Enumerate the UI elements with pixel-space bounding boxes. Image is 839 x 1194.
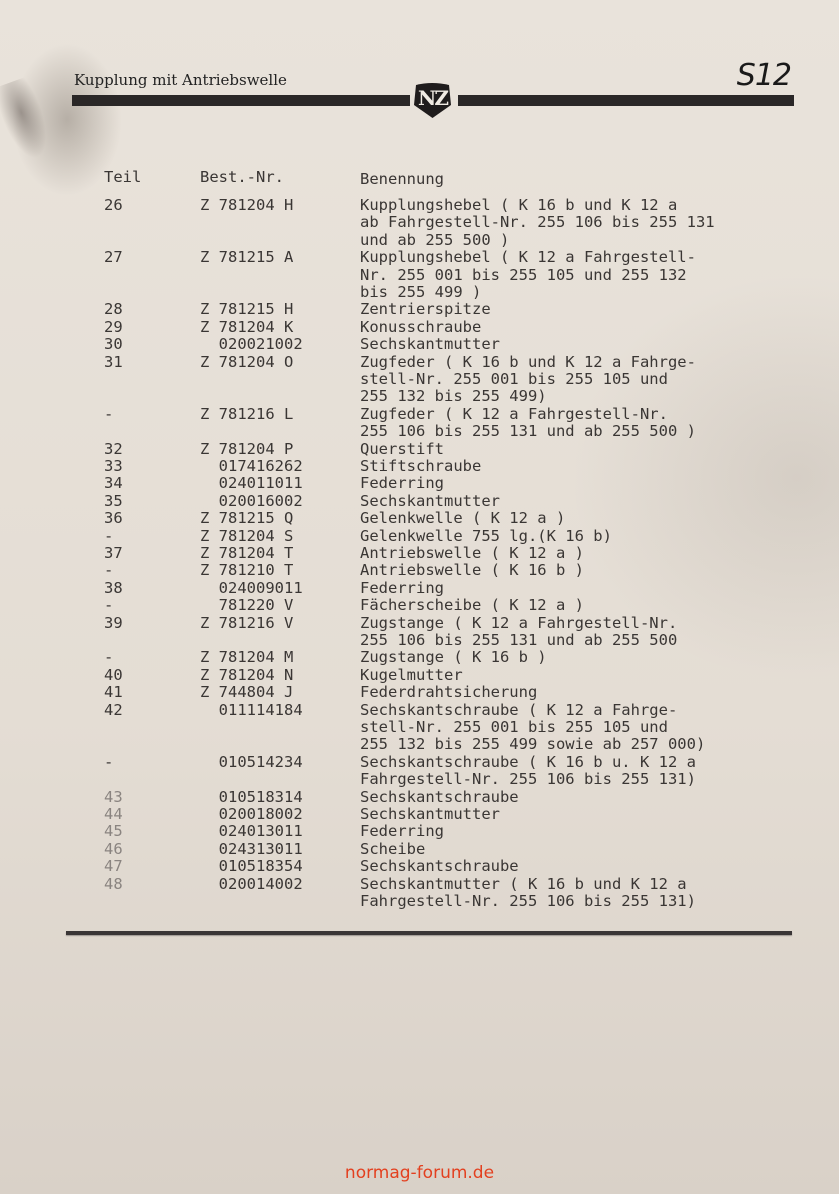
part-number: 34 xyxy=(104,475,123,493)
description-line: Konusschraube xyxy=(360,319,481,337)
footer-rule xyxy=(66,931,792,935)
column-header-benennung: Benennung xyxy=(360,171,444,189)
order-number: 024009011 xyxy=(200,580,303,598)
description-line: Querstift xyxy=(360,441,444,459)
order-number: 020021002 xyxy=(200,336,303,354)
order-number: Z 781216 V xyxy=(200,615,293,633)
description-line: Federring xyxy=(360,475,444,493)
order-number: Z 781215 Q xyxy=(200,510,293,528)
description-line: 255 132 bis 255 499 sowie ab 257 000) xyxy=(360,736,705,754)
order-number: Z 781204 H xyxy=(200,197,293,215)
header-rule-left xyxy=(72,95,410,106)
description-line: Gelenkwelle 755 lg.(K 16 b) xyxy=(360,528,612,546)
part-number: - xyxy=(104,754,113,772)
part-number: - xyxy=(104,406,113,424)
description-line: Fahrgestell-Nr. 255 106 bis 255 131) xyxy=(360,893,696,911)
description-line: Nr. 255 001 bis 255 105 und 255 132 xyxy=(360,267,687,285)
description-line: Sechskantmutter xyxy=(360,493,500,511)
order-number: Z 781210 T xyxy=(200,562,293,580)
order-number: 024313011 xyxy=(200,841,303,859)
section-title: Kupplung mit Antriebswelle xyxy=(74,71,287,89)
part-number: 40 xyxy=(104,667,123,685)
description-line: Zugfeder ( K 12 a Fahrgestell-Nr. xyxy=(360,406,668,424)
description-line: Stiftschraube xyxy=(360,458,481,476)
description-line: Sechskantschraube ( K 16 b u. K 12 a xyxy=(360,754,696,772)
description-line: 255 106 bis 255 131 und ab 255 500 ) xyxy=(360,423,696,441)
order-number: Z 781204 N xyxy=(200,667,293,685)
order-number: Z 781204 P xyxy=(200,441,293,459)
part-number: 39 xyxy=(104,615,123,633)
logo-text: NZ xyxy=(410,86,455,110)
description-line: Fahrgestell-Nr. 255 106 bis 255 131) xyxy=(360,771,696,789)
part-number: 48 xyxy=(104,876,123,894)
description-line: Zentrierspitze xyxy=(360,301,491,319)
description-line: Antriebswelle ( K 16 b ) xyxy=(360,562,584,580)
order-number: Z 781204 M xyxy=(200,649,293,667)
part-number: 27 xyxy=(104,249,123,267)
description-line: stell-Nr. 255 001 bis 255 105 und xyxy=(360,371,668,389)
order-number: 010518354 xyxy=(200,858,303,876)
part-number: 46 xyxy=(104,841,123,859)
part-number: - xyxy=(104,649,113,667)
order-number: Z 781204 S xyxy=(200,528,293,546)
description-line: 255 132 bis 255 499) xyxy=(360,388,547,406)
part-number: 33 xyxy=(104,458,123,476)
description-line: Kupplungshebel ( K 16 b und K 12 a xyxy=(360,197,677,215)
column-header-teil: Teil xyxy=(104,169,141,187)
description-line: Zugfeder ( K 16 b und K 12 a Fahrge- xyxy=(360,354,696,372)
order-number: Z 781204 K xyxy=(200,319,293,337)
part-number: 28 xyxy=(104,301,123,319)
order-number: 024013011 xyxy=(200,823,303,841)
page-code: S12 xyxy=(737,58,791,93)
order-number: 020016002 xyxy=(200,493,303,511)
order-number: 011114184 xyxy=(200,702,303,720)
order-number: Z 781215 A xyxy=(200,249,293,267)
part-number: 30 xyxy=(104,336,123,354)
part-number: 26 xyxy=(104,197,123,215)
description-line: Kugelmutter xyxy=(360,667,463,685)
order-number: 781220 V xyxy=(200,597,293,615)
description-line: bis 255 499 ) xyxy=(360,284,481,302)
part-number: 29 xyxy=(104,319,123,337)
order-number: 010514234 xyxy=(200,754,303,772)
description-line: Fächerscheibe ( K 12 a ) xyxy=(360,597,584,615)
description-line: Sechskantschraube xyxy=(360,858,519,876)
description-line: Federdrahtsicherung xyxy=(360,684,537,702)
part-number: - xyxy=(104,528,113,546)
part-number: 45 xyxy=(104,823,123,841)
order-number: Z 744804 J xyxy=(200,684,293,702)
part-number: 37 xyxy=(104,545,123,563)
description-line: Zugstange ( K 16 b ) xyxy=(360,649,547,667)
order-number: Z 781204 O xyxy=(200,354,293,372)
part-number: 35 xyxy=(104,493,123,511)
part-number: - xyxy=(104,597,113,615)
order-number: 020018002 xyxy=(200,806,303,824)
nz-logo-icon: NZ xyxy=(410,83,455,119)
description-line: Zugstange ( K 12 a Fahrgestell-Nr. xyxy=(360,615,677,633)
part-number: 32 xyxy=(104,441,123,459)
description-line: Kupplungshebel ( K 12 a Fahrgestell- xyxy=(360,249,696,267)
column-header-best-nr: Best.-Nr. xyxy=(200,169,284,187)
part-number: 43 xyxy=(104,789,123,807)
order-number: 020014002 xyxy=(200,876,303,894)
part-number: 44 xyxy=(104,806,123,824)
description-line: Federring xyxy=(360,823,444,841)
description-line: stell-Nr. 255 001 bis 255 105 und xyxy=(360,719,668,737)
part-number: 47 xyxy=(104,858,123,876)
order-number: 010518314 xyxy=(200,789,303,807)
description-line: Scheibe xyxy=(360,841,425,859)
order-number: 024011011 xyxy=(200,475,303,493)
part-number: 31 xyxy=(104,354,123,372)
watermark: normag-forum.de xyxy=(0,1163,839,1183)
description-line: Sechskantmutter xyxy=(360,336,500,354)
order-number: Z 781216 L xyxy=(200,406,293,424)
description-line: Gelenkwelle ( K 12 a ) xyxy=(360,510,565,528)
header-rule-right xyxy=(458,95,794,106)
description-line: und ab 255 500 ) xyxy=(360,232,509,250)
part-number: 38 xyxy=(104,580,123,598)
description-line: Sechskantschraube xyxy=(360,789,519,807)
part-number: - xyxy=(104,562,113,580)
order-number: Z 781204 T xyxy=(200,545,293,563)
part-number: 36 xyxy=(104,510,123,528)
order-number: Z 781215 H xyxy=(200,301,293,319)
part-number: 42 xyxy=(104,702,123,720)
description-line: Sechskantmutter xyxy=(360,806,500,824)
description-line: 255 106 bis 255 131 und ab 255 500 xyxy=(360,632,677,650)
description-line: Sechskantschraube ( K 12 a Fahrge- xyxy=(360,702,677,720)
order-number: 017416262 xyxy=(200,458,303,476)
description-line: Antriebswelle ( K 12 a ) xyxy=(360,545,584,563)
description-line: Sechskantmutter ( K 16 b und K 12 a xyxy=(360,876,687,894)
part-number: 41 xyxy=(104,684,123,702)
description-line: ab Fahrgestell-Nr. 255 106 bis 255 131 xyxy=(360,214,715,232)
description-line: Federring xyxy=(360,580,444,598)
